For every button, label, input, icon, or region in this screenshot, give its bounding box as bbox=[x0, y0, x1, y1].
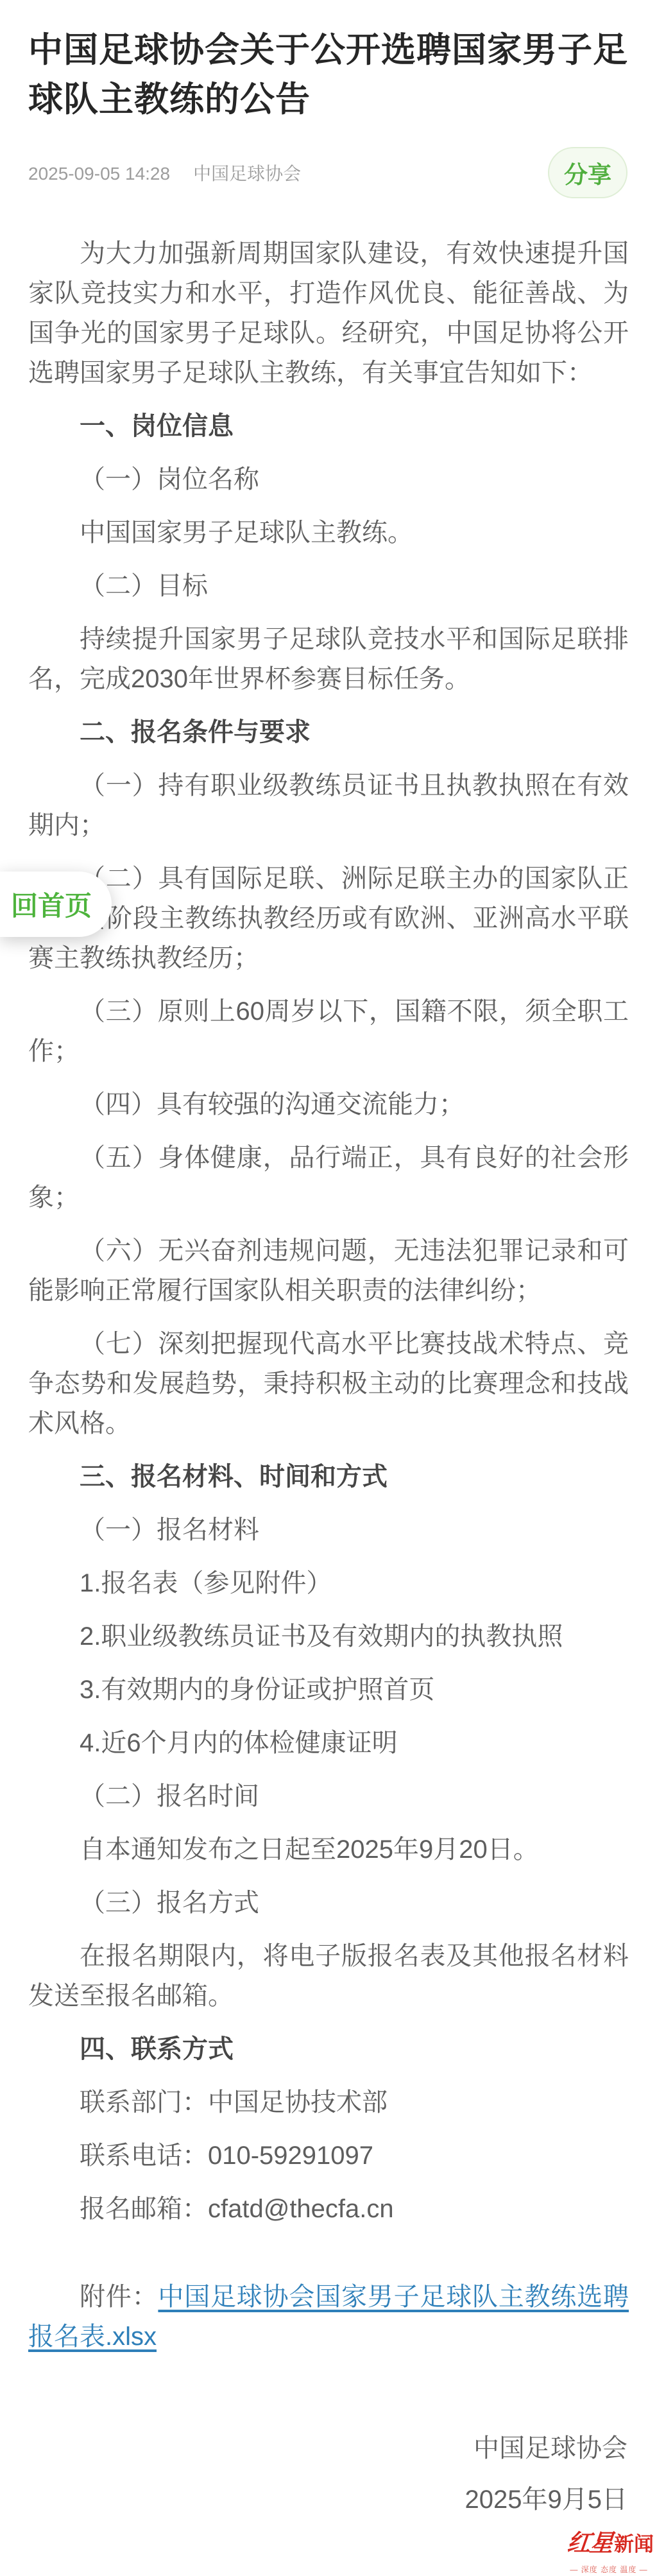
attachment-row: 附件：中国足球协会国家男子足球队主教练选聘报名表.xlsx bbox=[28, 2277, 629, 2357]
body-paragraph: 1.报名表（参见附件） bbox=[28, 1563, 629, 1603]
body-paragraph: （二）目标 bbox=[28, 566, 629, 606]
body-paragraph: （二）具有国际足联、洲际足联主办的国家队正式比赛阶段主教练执教经历或有欧洲、亚洲… bbox=[28, 859, 629, 978]
body-paragraph: 3.有效期内的身份证或护照首页 bbox=[28, 1670, 629, 1710]
body-paragraph: （五）身体健康，品行端正，具有良好的社会形象； bbox=[28, 1138, 629, 1217]
article-body: 为大力加强新周期国家队建设，有效快速提升国家队竞技实力和水平，打造作风优良、能征… bbox=[0, 234, 657, 2229]
body-paragraph: （一）岗位名称 bbox=[28, 459, 629, 499]
body-paragraph: （四）具有较强的沟通交流能力； bbox=[28, 1085, 629, 1124]
body-paragraph: （三）原则上60周岁以下，国籍不限，须全职工作； bbox=[28, 992, 629, 1071]
section-heading: 四、联系方式 bbox=[28, 2029, 629, 2069]
share-button[interactable]: 分享 bbox=[548, 147, 627, 198]
body-paragraph: 为大力加强新周期国家队建设，有效快速提升国家队竞技实力和水平，打造作风优良、能征… bbox=[28, 234, 629, 393]
publish-time: 2025-09-05 14:28 bbox=[28, 164, 170, 184]
body-paragraph: （二）报名时间 bbox=[28, 1776, 629, 1816]
back-home-button[interactable]: 回首页 bbox=[0, 872, 112, 937]
body-paragraph: 联系部门：中国足协技术部 bbox=[28, 2082, 629, 2122]
body-paragraph: 自本通知发布之日起至2025年9月20日。 bbox=[28, 1830, 629, 1869]
body-paragraph: 4.近6个月内的体检健康证明 bbox=[28, 1723, 629, 1763]
logo-wordmark-bold: 新闻 bbox=[614, 2533, 654, 2555]
section-heading: 二、报名条件与要求 bbox=[28, 712, 629, 752]
body-paragraph: （一）持有职业级教练员证书且执教执照在有效期内； bbox=[28, 766, 629, 845]
meta-row: 2025-09-05 14:28中国足球协会 分享 bbox=[0, 146, 657, 199]
signature-org: 中国足球协会 bbox=[28, 2428, 627, 2468]
section-heading: 三、报名材料、时间和方式 bbox=[28, 1457, 629, 1497]
body-paragraph: 持续提升国家男子足球队竞技水平和国际足联排名，完成2030年世界杯参赛目标任务。 bbox=[28, 619, 629, 699]
logo-wordmark: 红星新闻 bbox=[567, 2531, 651, 2561]
attachment-label: 附件： bbox=[80, 2283, 158, 2311]
body-paragraph: 联系电话：010-59291097 bbox=[28, 2136, 629, 2176]
signature-date: 2025年9月5日 bbox=[28, 2480, 627, 2520]
body-paragraph: （六）无兴奋剂违规问题，无违法犯罪记录和可能影响正常履行国家队相关职责的法律纠纷… bbox=[28, 1231, 629, 1310]
body-paragraph: （一）报名材料 bbox=[28, 1510, 629, 1550]
body-paragraph: 中国国家男子足球队主教练。 bbox=[28, 513, 629, 553]
meta-info: 2025-09-05 14:28中国足球协会 bbox=[28, 160, 301, 185]
body-paragraph: 在报名期限内，将电子版报名表及其他报名材料发送至报名邮箱。 bbox=[28, 1936, 629, 2016]
article-source: 中国足球协会 bbox=[193, 164, 301, 184]
article-title: 中国足球协会关于公开选聘国家男子足球队主教练的公告 bbox=[0, 0, 657, 125]
signature-block: 中国足球协会 2025年9月5日 bbox=[28, 2428, 627, 2520]
logo-tagline: — 深度 态度 温度 — bbox=[567, 2564, 651, 2575]
body-paragraph: 2.职业级教练员证书及有效期内的执教执照 bbox=[28, 1617, 629, 1656]
logo-wordmark-script: 红星 bbox=[566, 2531, 613, 2555]
body-paragraph: （三）报名方式 bbox=[28, 1883, 629, 1923]
redstar-news-logo: 红星新闻 — 深度 态度 温度 — bbox=[567, 2531, 651, 2575]
article-page: 中国足球协会关于公开选聘国家男子足球队主教练的公告 2025-09-05 14:… bbox=[0, 0, 657, 2576]
section-heading: 一、岗位信息 bbox=[28, 406, 629, 446]
body-paragraph: （七）深刻把握现代高水平比赛技战术特点、竞争态势和发展趋势，秉持积极主动的比赛理… bbox=[28, 1324, 629, 1443]
body-paragraph: 报名邮箱：cfatd@thecfa.cn bbox=[28, 2189, 629, 2229]
